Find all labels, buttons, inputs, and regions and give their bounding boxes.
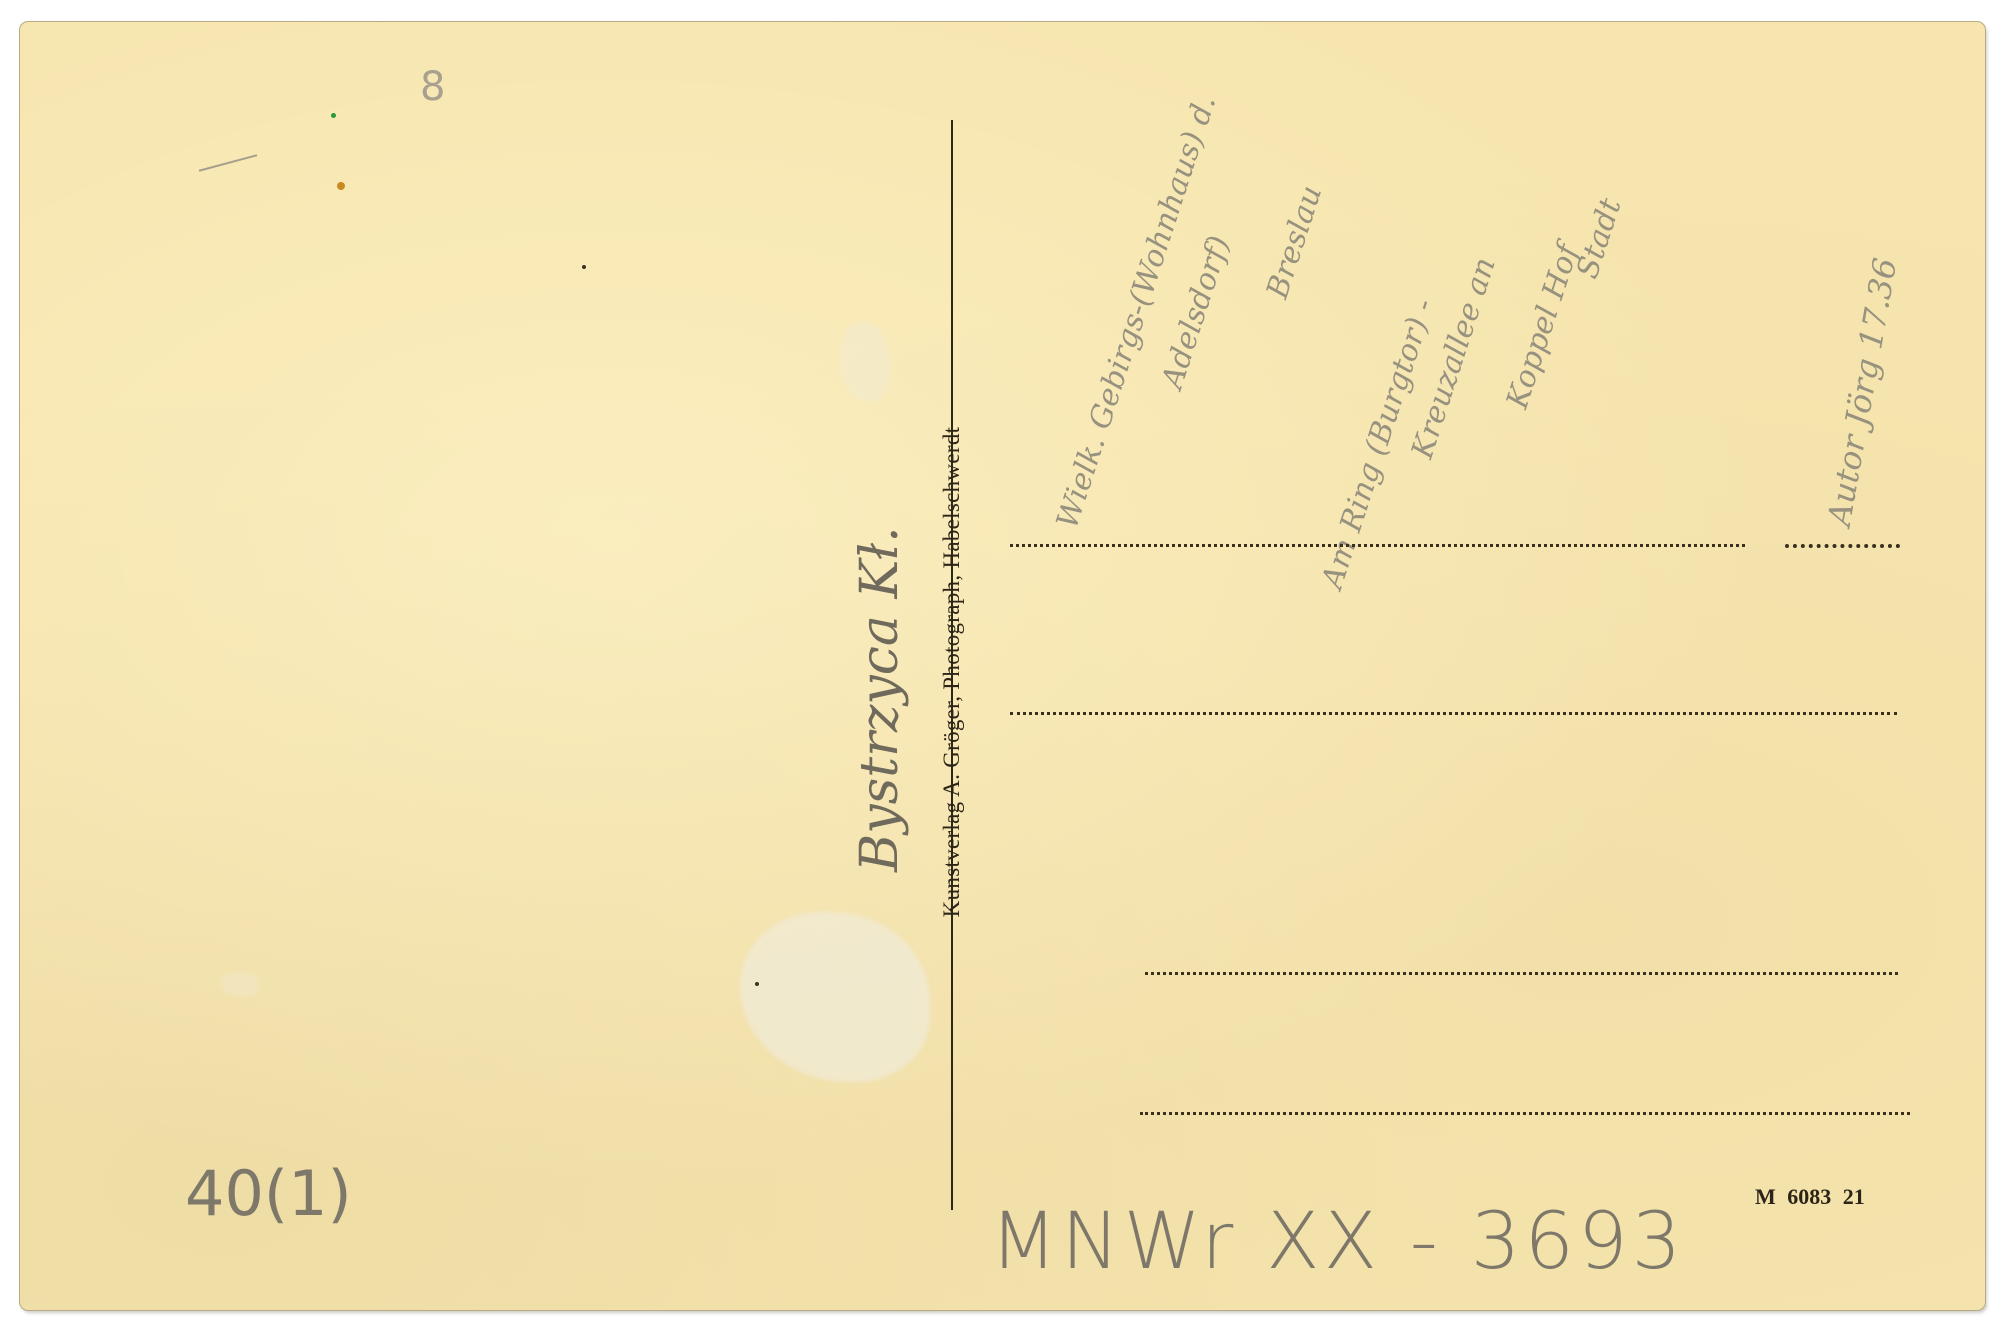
postcard: 8 Kunstverlag A. Gröger, Photograph, Hab… <box>20 22 1985 1310</box>
ink-speck <box>755 982 759 986</box>
pencil-dash-mark <box>199 154 257 171</box>
address-line-3 <box>1145 972 1898 975</box>
address-line-4 <box>1140 1112 1910 1115</box>
ink-speck <box>331 113 336 118</box>
address-line-1-stamp-segment <box>1785 544 1900 548</box>
pencil-note-line: Breslau <box>1260 181 1329 302</box>
shelf-mark: 40(1) <box>185 1157 352 1230</box>
publisher-imprint: Kunstverlag A. Gröger, Photograph, Habel… <box>939 427 965 918</box>
museum-inventory-number: MNWr XX - 3693 <box>990 1197 1685 1287</box>
handwritten-place-name: Bystrzyca Kł. <box>850 526 910 872</box>
paper-stain <box>220 972 260 997</box>
ink-speck <box>582 265 586 269</box>
address-line-1 <box>1010 544 1745 547</box>
pencil-margin-note: Autor Jörg 17.36 <box>1820 255 1904 528</box>
print-serial-number: M 6083 21 <box>1755 1184 1865 1210</box>
corner-mark: 8 <box>420 64 445 110</box>
pencil-note-line: Stadt <box>1570 194 1629 283</box>
paper-stain <box>840 322 890 402</box>
paper-stain <box>740 912 930 1082</box>
ink-speck <box>337 182 345 190</box>
address-line-2 <box>1010 712 1897 715</box>
